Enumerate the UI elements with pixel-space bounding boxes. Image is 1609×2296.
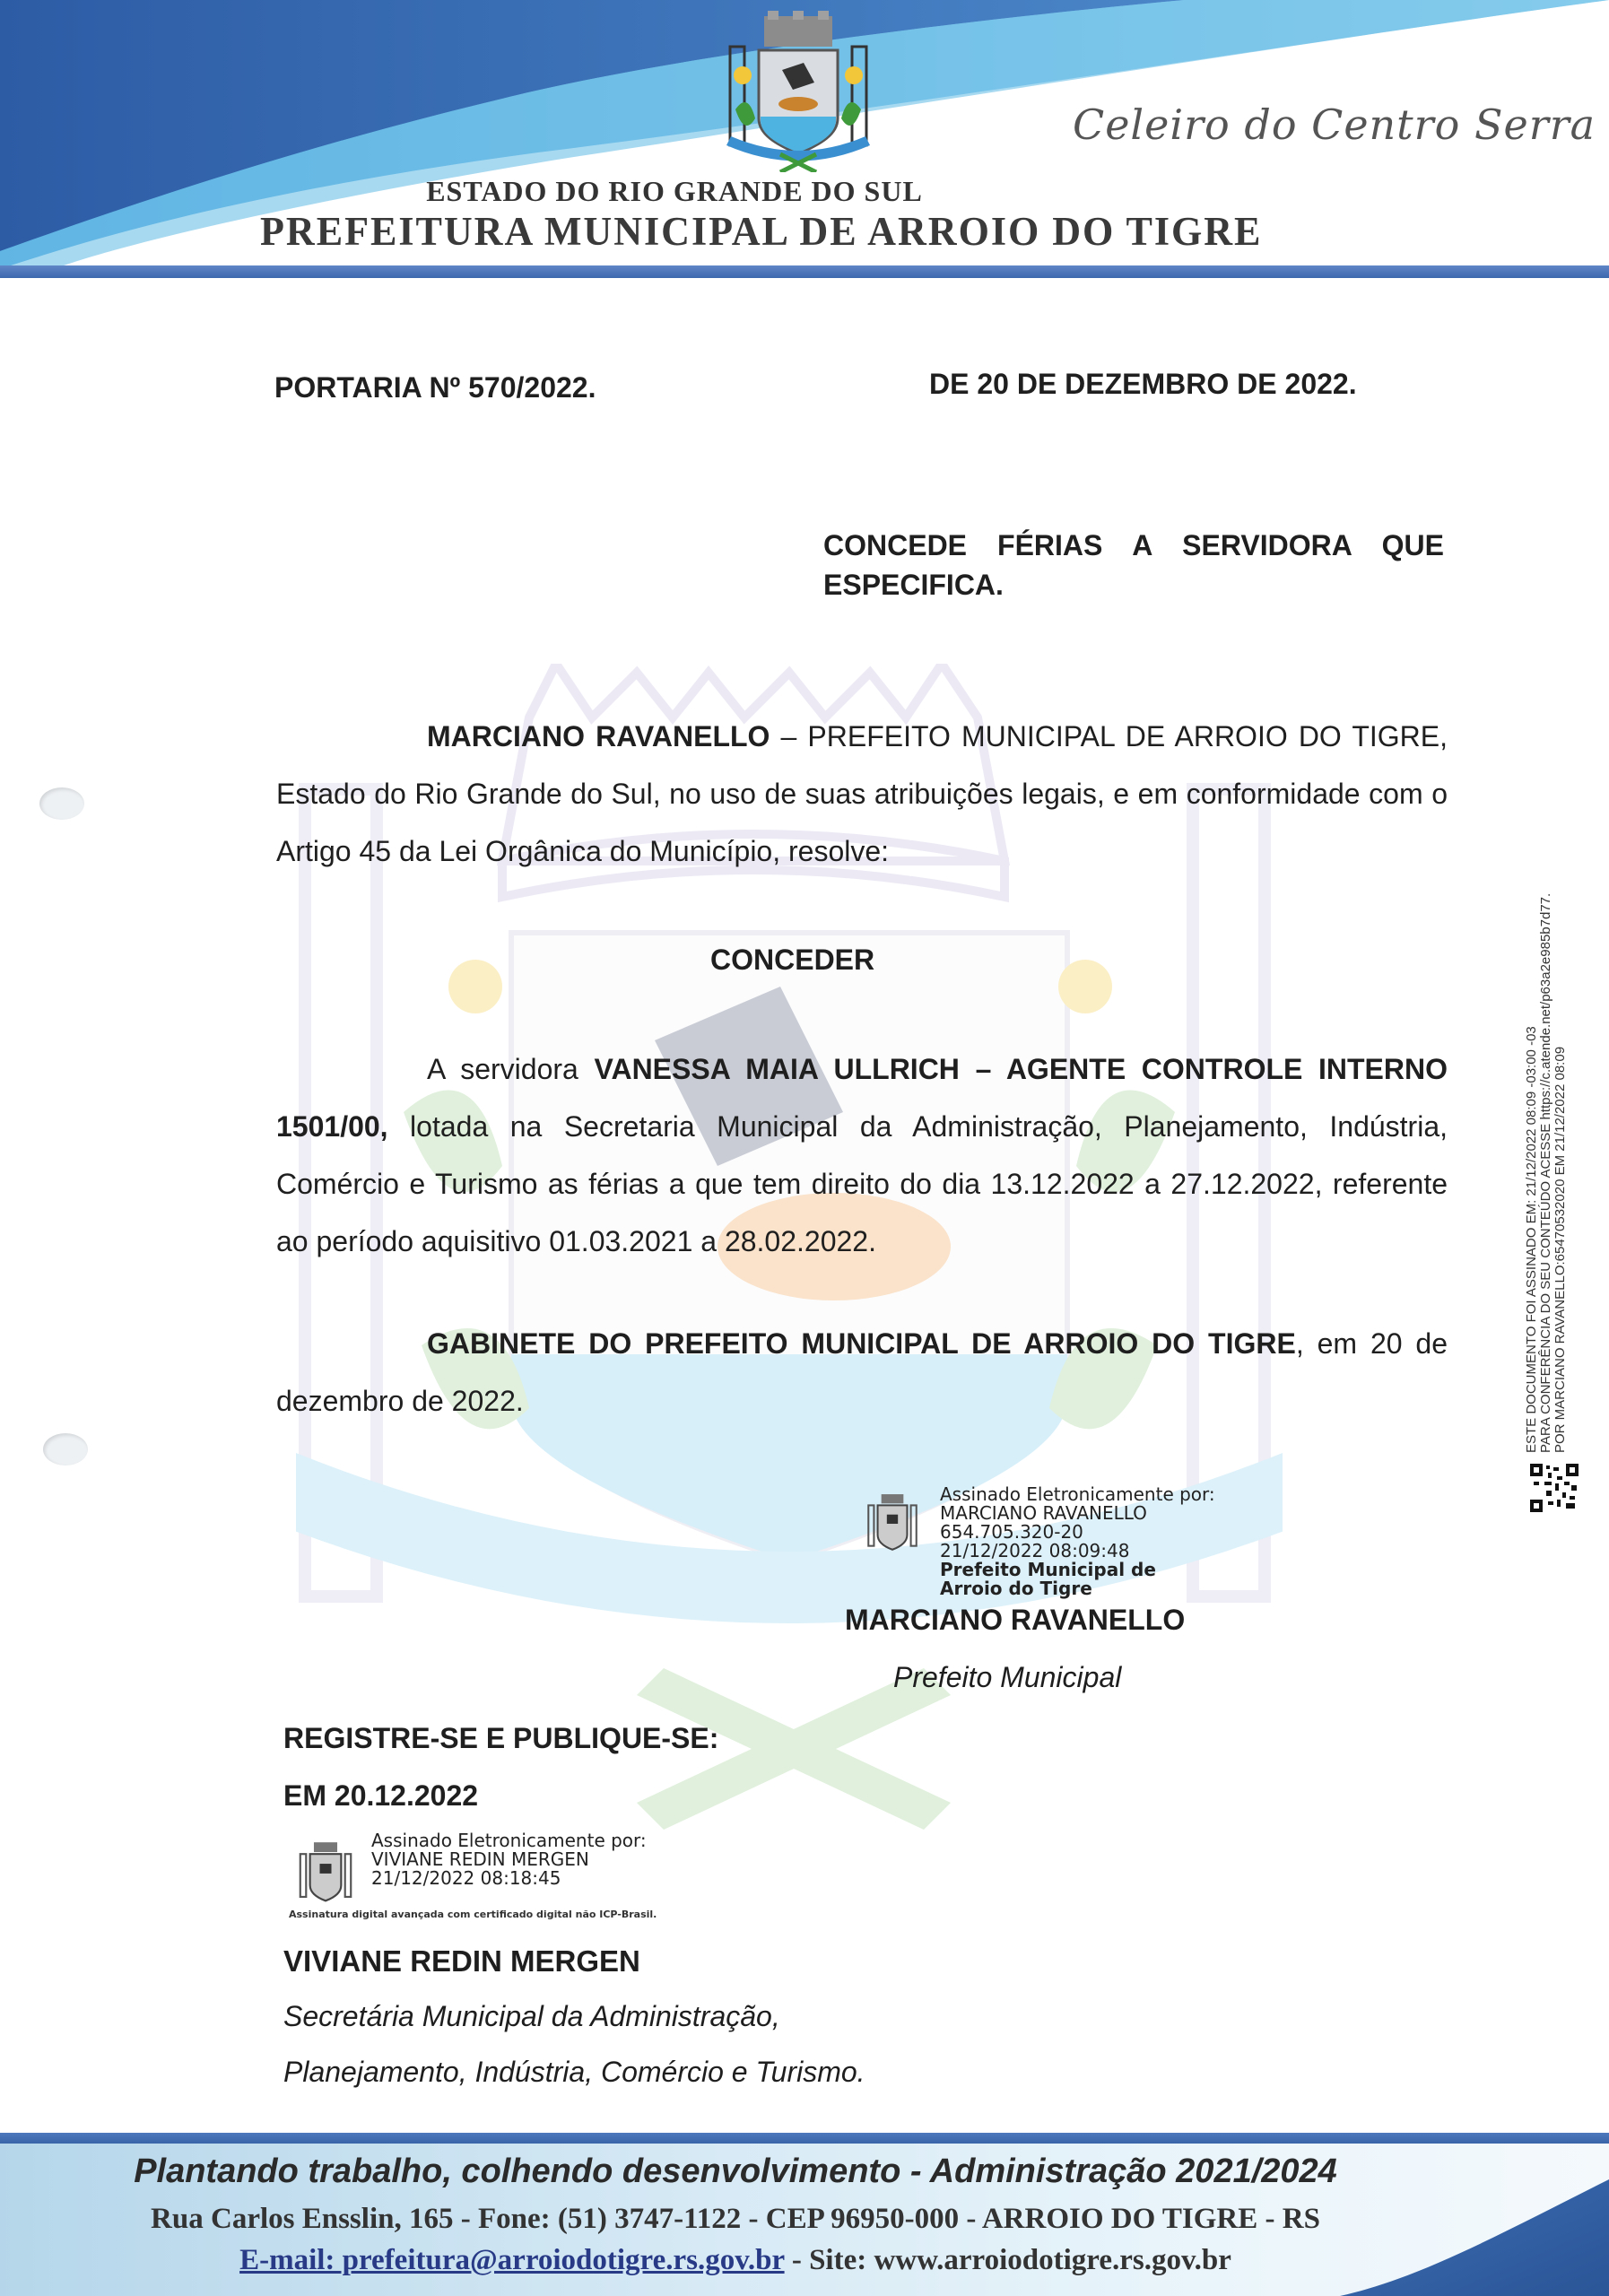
mayor-name-inline: MARCIANO RAVANELLO — [427, 720, 770, 752]
office-name: GABINETE DO PREFEITO MUNICIPAL DE ARROIO… — [427, 1327, 1296, 1360]
ordinance-summary: CONCEDE FÉRIAS A SERVIDORA QUE ESPECIFIC… — [823, 526, 1444, 604]
verification-qr-code-icon[interactable] — [1530, 1464, 1579, 1512]
secretary-electronic-signature: Assinado Eletronicamente por: VIVIANE RE… — [371, 1831, 647, 1888]
contact-line: E-mail: prefeitura@arroiodotigre.rs.gov.… — [0, 2244, 1471, 2277]
action-heading: CONCEDER — [710, 931, 874, 988]
ordinance-date: DE 20 DE DEZEMBRO DE 2022. — [929, 355, 1357, 413]
secretary-title-line2: Planejamento, Indústria, Comércio e Turi… — [283, 2054, 865, 2090]
grant-paragraph: A servidora VANESSA MAIA ULLRICH – AGENT… — [276, 1040, 1448, 1270]
letterhead-footer: Plantando trabalho, colhendo desenvolvim… — [0, 2133, 1609, 2296]
footer-divider — [0, 2133, 1609, 2144]
administration-slogan: Plantando trabalho, colhendo desenvolvim… — [0, 2152, 1471, 2191]
registration-label: REGISTRE-SE E PUBLIQUE-SE: — [283, 1720, 718, 1756]
mayor-signatory-name: MARCIANO RAVANELLO — [845, 1604, 1185, 1637]
mayor-signatory-title: Prefeito Municipal — [893, 1661, 1121, 1694]
footer-corner-triangle — [1340, 2179, 1609, 2296]
preamble-paragraph: MARCIANO RAVANELLO – PREFEITO MUNICIPAL … — [276, 708, 1448, 880]
secretary-title-line1: Secretária Municipal da Administração, — [283, 1998, 780, 2034]
postal-address: Rua Carlos Ensslin, 165 - Fone: (51) 374… — [0, 2203, 1471, 2236]
punch-hole — [39, 787, 84, 820]
signature-certificate-note: Assinatura digital avançada com certific… — [289, 1909, 719, 1921]
header-divider — [0, 265, 1609, 278]
punch-hole — [43, 1433, 88, 1465]
state-name: ESTADO DO RIO GRANDE DO SUL — [0, 175, 1609, 208]
mayor-electronic-signature: Assinado Eletronicamente por: MARCIANO R… — [940, 1485, 1215, 1598]
closing-paragraph: GABINETE DO PREFEITO MUNICIPAL DE ARROIO… — [276, 1315, 1448, 1430]
municipal-crest-icon — [718, 11, 879, 172]
institution-name: PREFEITURA MUNICIPAL DE ARROIO DO TIGRE — [260, 208, 1262, 255]
email-link[interactable]: E-mail: prefeitura@arroiodotigre.rs.gov.… — [239, 2244, 785, 2276]
esignature-crest-icon — [296, 1840, 355, 1909]
registration-date: EM 20.12.2022 — [283, 1778, 478, 1813]
secretary-signatory-name: VIVIANE REDIN MERGEN — [283, 1944, 640, 1979]
motto: Celeiro do Centro Serra — [1073, 100, 1596, 149]
letterhead: Celeiro do Centro Serra ESTADO DO RIO GR… — [0, 0, 1609, 278]
ordinance-number: PORTARIA Nº 570/2022. — [274, 359, 596, 416]
digital-signature-stamp: ESTE DOCUMENTO FOI ASSINADO EM: 21/12/20… — [1525, 771, 1568, 1453]
esignature-crest-icon — [865, 1492, 920, 1557]
website-text: - Site: www.arroiodotigre.rs.gov.br — [785, 2244, 1231, 2276]
